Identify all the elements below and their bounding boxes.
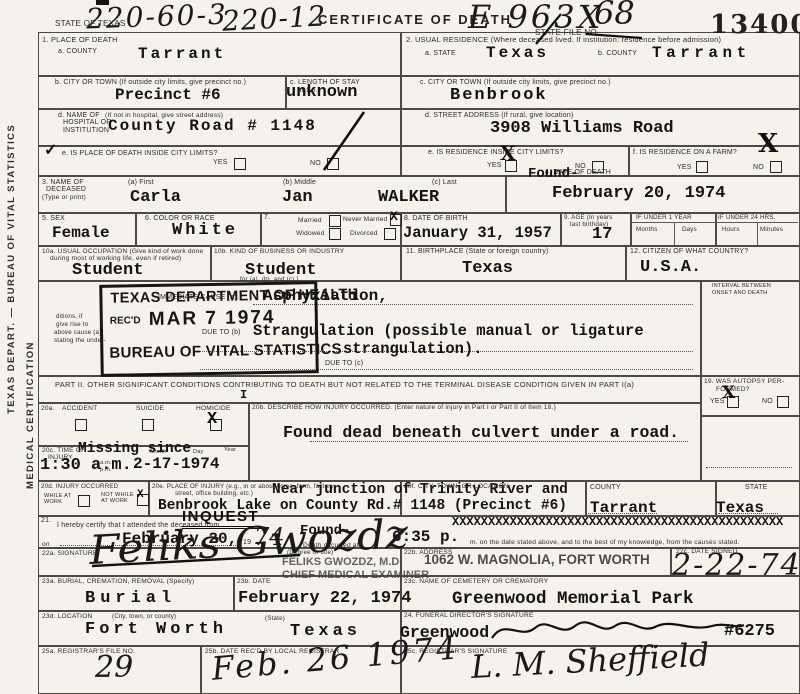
- date-of-death-found: Found-: [528, 166, 578, 182]
- residence-section: 2. USUAL RESIDENCE (Where deceased lived…: [406, 35, 721, 44]
- days-label: Days: [682, 226, 697, 233]
- accident-label: ACCIDENT: [62, 405, 97, 412]
- name-label-3: (Type or print): [42, 194, 86, 201]
- part2-text: PART II. OTHER SIGNIFICANT CONDITIONS CO…: [55, 380, 634, 389]
- x-mark-homicide: X: [207, 411, 217, 428]
- grid-line: [630, 222, 798, 223]
- injury-county-label: COUNTY: [590, 484, 621, 491]
- sex-label: 5. SEX: [42, 215, 65, 222]
- injury-state-label: STATE: [745, 484, 768, 491]
- checkbox-pod-limits-no-box: [327, 158, 339, 170]
- location-sub2: (State): [265, 615, 285, 622]
- f20f-label: 20f. CITY, TOWN, OR LOCATION: [404, 483, 509, 490]
- res-limits-label: e. IS RESIDENCE INSIDE CITY LIMITS?: [428, 149, 564, 156]
- date-signed-value: 2-22-74: [672, 548, 800, 583]
- checkbox-farm-yes-box: [696, 161, 708, 173]
- autopsy-no: NO: [762, 398, 773, 405]
- minutes-label: Minutes: [760, 226, 783, 233]
- autopsy-label-1: 19. WAS AUTOPSY PER-: [704, 378, 784, 385]
- res-state-label: a. STATE: [425, 50, 456, 57]
- cemetery-label: 23c. NAME OF CEMETERY OR CREMATORY: [404, 578, 548, 585]
- months-label: Months: [636, 226, 658, 233]
- occupation-value: Student: [72, 261, 143, 280]
- registrar-file-value: 29: [95, 650, 133, 685]
- checkbox-while-at-work-box: [78, 495, 90, 507]
- year-sublabel: Year: [224, 447, 236, 453]
- burial-date-label: 23b. DATE: [237, 578, 271, 585]
- f20b-label: 20b. DESCRIBE HOW INJURY OCCURRED. (Ente…: [252, 404, 556, 411]
- checkbox-farm-no-box: [770, 161, 782, 173]
- stamp-bureau: BUREAU OF VITAL STATISTICS: [109, 341, 342, 362]
- pod-county-label: a. COUNTY: [58, 48, 97, 55]
- under-1yr-header: IF UNDER 1 YEAR: [636, 214, 692, 221]
- burial-value: Burial: [85, 589, 176, 608]
- grid-line: [757, 223, 758, 245]
- pod-city-label: b. CITY OR TOWN (If outside city limits,…: [55, 79, 246, 86]
- f21-label: 21.: [41, 517, 51, 524]
- strikeout-xs: XXXXXXXXXXXXXXXXXXXXXXXXXXXXXXXXXXXXXXXX…: [452, 515, 783, 529]
- age-label-1: 9. AGE (In years: [564, 214, 613, 221]
- under-24hr-header: IF UNDER 24 HRS.: [718, 214, 776, 221]
- handwritten-file-code-2: 68: [594, 0, 635, 32]
- cause-note-3: above cause (a),: [54, 329, 103, 336]
- hospital-value: County Road # 1148: [108, 117, 317, 135]
- farm-no: NO: [753, 164, 764, 171]
- part2-stray-char: I: [240, 388, 247, 402]
- name-label-2: DECEASED: [46, 186, 86, 193]
- at-work-label: AT WORK: [101, 498, 128, 504]
- location-sub1: (City, town, or county): [112, 613, 176, 620]
- checkbox-divorced-box: [384, 228, 396, 240]
- checkbox-widowed-box: [329, 228, 341, 240]
- age-value: 17: [592, 225, 612, 244]
- pod-limits-label: e. IS PLACE OF DEATH INSIDE CITY LIMITS?: [62, 150, 218, 157]
- first-name-value: Carla: [130, 188, 181, 207]
- checkbox-accident-box: [75, 419, 87, 431]
- birthplace-label: 11. BIRTHPLACE (State or foreign country…: [406, 248, 549, 255]
- res-state-value: Texas: [486, 44, 549, 62]
- x-mark-not-at-work: X: [137, 490, 144, 501]
- res-street-label: d. STREET ADDRESS (If rural, give locati…: [425, 112, 574, 119]
- race-value: White: [172, 221, 238, 240]
- hospital-label-1: d. NAME OF: [58, 112, 100, 119]
- dob-value: January 31, 1957: [403, 224, 552, 242]
- pod-city-value: Precinct #6: [115, 86, 221, 104]
- cause-note-2: give rise to: [56, 321, 88, 328]
- divorced-label: Divorced: [350, 230, 378, 237]
- res-street-value: 3908 Williams Road: [490, 119, 674, 138]
- cause-note-1: ditions, if: [56, 313, 83, 320]
- certify-rest: m. on the date stated above, and to the …: [470, 539, 740, 546]
- res-county-value: Tarrant: [652, 44, 751, 62]
- f20d-label: 20d. INJURY OCCURRED: [41, 483, 118, 490]
- degree-label: (Degree or title): [287, 549, 333, 556]
- x-mark-never-married: X: [390, 210, 398, 223]
- widowed-label: Widowed: [296, 230, 325, 237]
- autopsy-yes: YES: [710, 398, 725, 405]
- married-label: Married: [298, 217, 322, 224]
- stamp-recd-label: REC'D: [110, 315, 141, 327]
- checkbox-pod-limits-yes-box: [234, 158, 246, 170]
- f20e-label-2: street, office building, etc.): [175, 490, 253, 497]
- cemetery-value: Greenwood Memorial Park: [452, 589, 694, 609]
- address-stamp: 1062 W. MAGNOLIA, FORT WORTH: [424, 552, 650, 567]
- farm-yes: YES: [677, 164, 692, 171]
- citizen-label: 12. CITIZEN OF WHAT COUNTRY?: [630, 248, 748, 255]
- on-label: on: [42, 541, 50, 548]
- state-file-number: 13400: [710, 10, 800, 40]
- interval-label-1: INTERVAL BETWEEN: [712, 283, 771, 289]
- suicide-label: SUICIDE: [136, 405, 164, 412]
- citizen-value: U.S.A.: [640, 258, 701, 277]
- burial-label: 23a. BURIAL, CREMATION, REMOVAL (Specify…: [42, 578, 194, 585]
- res-county-label: b. COUNTY: [598, 50, 637, 57]
- checkbox-autopsy-no-box: [777, 396, 789, 408]
- hospital-label-3: INSTITUTION: [63, 127, 109, 134]
- hours-label: Hours: [722, 226, 740, 233]
- occupation-label-1: 10a. USUAL OCCUPATION (Give kind of work…: [42, 248, 203, 255]
- farm-label: f. IS RESIDENCE ON A FARM?: [633, 149, 737, 156]
- checkbox-suicide-box: [142, 419, 154, 431]
- handwritten-registrar-code-2: 220-12: [221, 0, 327, 38]
- res-limits-yes: YES: [487, 162, 502, 169]
- margin-bureau-label: TEXAS DEPART. — BUREAU OF VITAL STATISTI…: [6, 124, 17, 414]
- location-city-value: Fort Worth: [85, 620, 227, 639]
- margin-medical-label: MEDICAL CERTIFICATION: [25, 341, 36, 489]
- last-name-label: (c) Last: [432, 179, 457, 186]
- checkbox-married-box: [329, 215, 341, 227]
- injury-date-value: 2-17-1974: [133, 455, 219, 473]
- cause-note-4: stating the under-: [54, 337, 106, 344]
- grid-line: [248, 402, 702, 482]
- handwritten-registrar-code-1: 220-60-3: [85, 0, 228, 35]
- x-mark-farm-no: X: [758, 131, 778, 157]
- certifier-name-stamp: FELIKS GWOZDZ, M.D.: [282, 556, 402, 568]
- injury-description: Found dead beneath culvert under a road.: [283, 423, 679, 442]
- received-stamp: TEXAS DEPARTMENT OF HEALTH REC'D MAR 7 1…: [99, 281, 319, 377]
- funeral-director-label: 24. FUNERAL DIRECTOR'S SIGNATURE: [404, 612, 534, 619]
- due-to-b-value-2: strangulation).: [343, 340, 483, 358]
- check-mark-pod-limits: ✓: [44, 142, 57, 158]
- f20a-label: 20a.: [41, 405, 55, 412]
- dob-label: 8. DATE OF BIRTH: [404, 215, 468, 222]
- injury-time-value: 1:30 a.m.: [40, 456, 132, 475]
- pod-limits-no: NO: [310, 160, 321, 167]
- middle-name-label: (b) Middle: [283, 179, 316, 186]
- never-married-label: Never Married: [343, 216, 387, 223]
- interval-label-2: ONSET AND DEATH: [712, 290, 767, 296]
- grid-line: [700, 415, 800, 482]
- middle-name-value: Jan: [282, 188, 313, 207]
- res-city-label: c. CITY OR TOWN (If outside city limits,…: [420, 79, 611, 86]
- autopsy-label-2: FORMED?: [716, 386, 750, 393]
- due-to-c-label: DUE TO (c): [325, 360, 363, 367]
- death-certificate-scan: XXXXXX✓ STATE OF TEXAS 220-60-3 220-12 C…: [0, 0, 800, 694]
- location-label: 23d. LOCATION: [42, 613, 92, 620]
- marital-label: 7.: [264, 214, 270, 221]
- date-of-death-value: February 20, 1974: [552, 184, 725, 203]
- name-label-1: 3. NAME OF: [42, 179, 84, 186]
- sex-value: Female: [52, 224, 110, 242]
- res-city-value: Benbrook: [450, 86, 548, 105]
- stay-value: unknown: [286, 83, 357, 102]
- homicide-label: HOMICIDE: [196, 405, 231, 412]
- pod-limits-yes: YES: [213, 159, 228, 166]
- hospital-label-2: HOSPITAL OR: [63, 119, 112, 126]
- stamp-date: MAR 7 1974: [149, 307, 276, 331]
- funeral-number-value: #6275: [724, 622, 775, 641]
- dotted-rule: [706, 467, 792, 468]
- work-label: WORK: [44, 499, 62, 505]
- last-name-value: WALKER: [378, 188, 439, 207]
- business-label: 10b. KIND OF BUSINESS OR INDUSTRY: [214, 248, 344, 255]
- first-name-label: (a) First: [128, 179, 154, 186]
- pod-county-value: Tarrant: [138, 45, 226, 63]
- burial-date-value: February 22, 1974: [238, 589, 411, 608]
- place-of-death-section: 1. PLACE OF DEATH: [42, 35, 118, 44]
- birthplace-value: Texas: [462, 259, 513, 278]
- grid-line: [674, 223, 675, 245]
